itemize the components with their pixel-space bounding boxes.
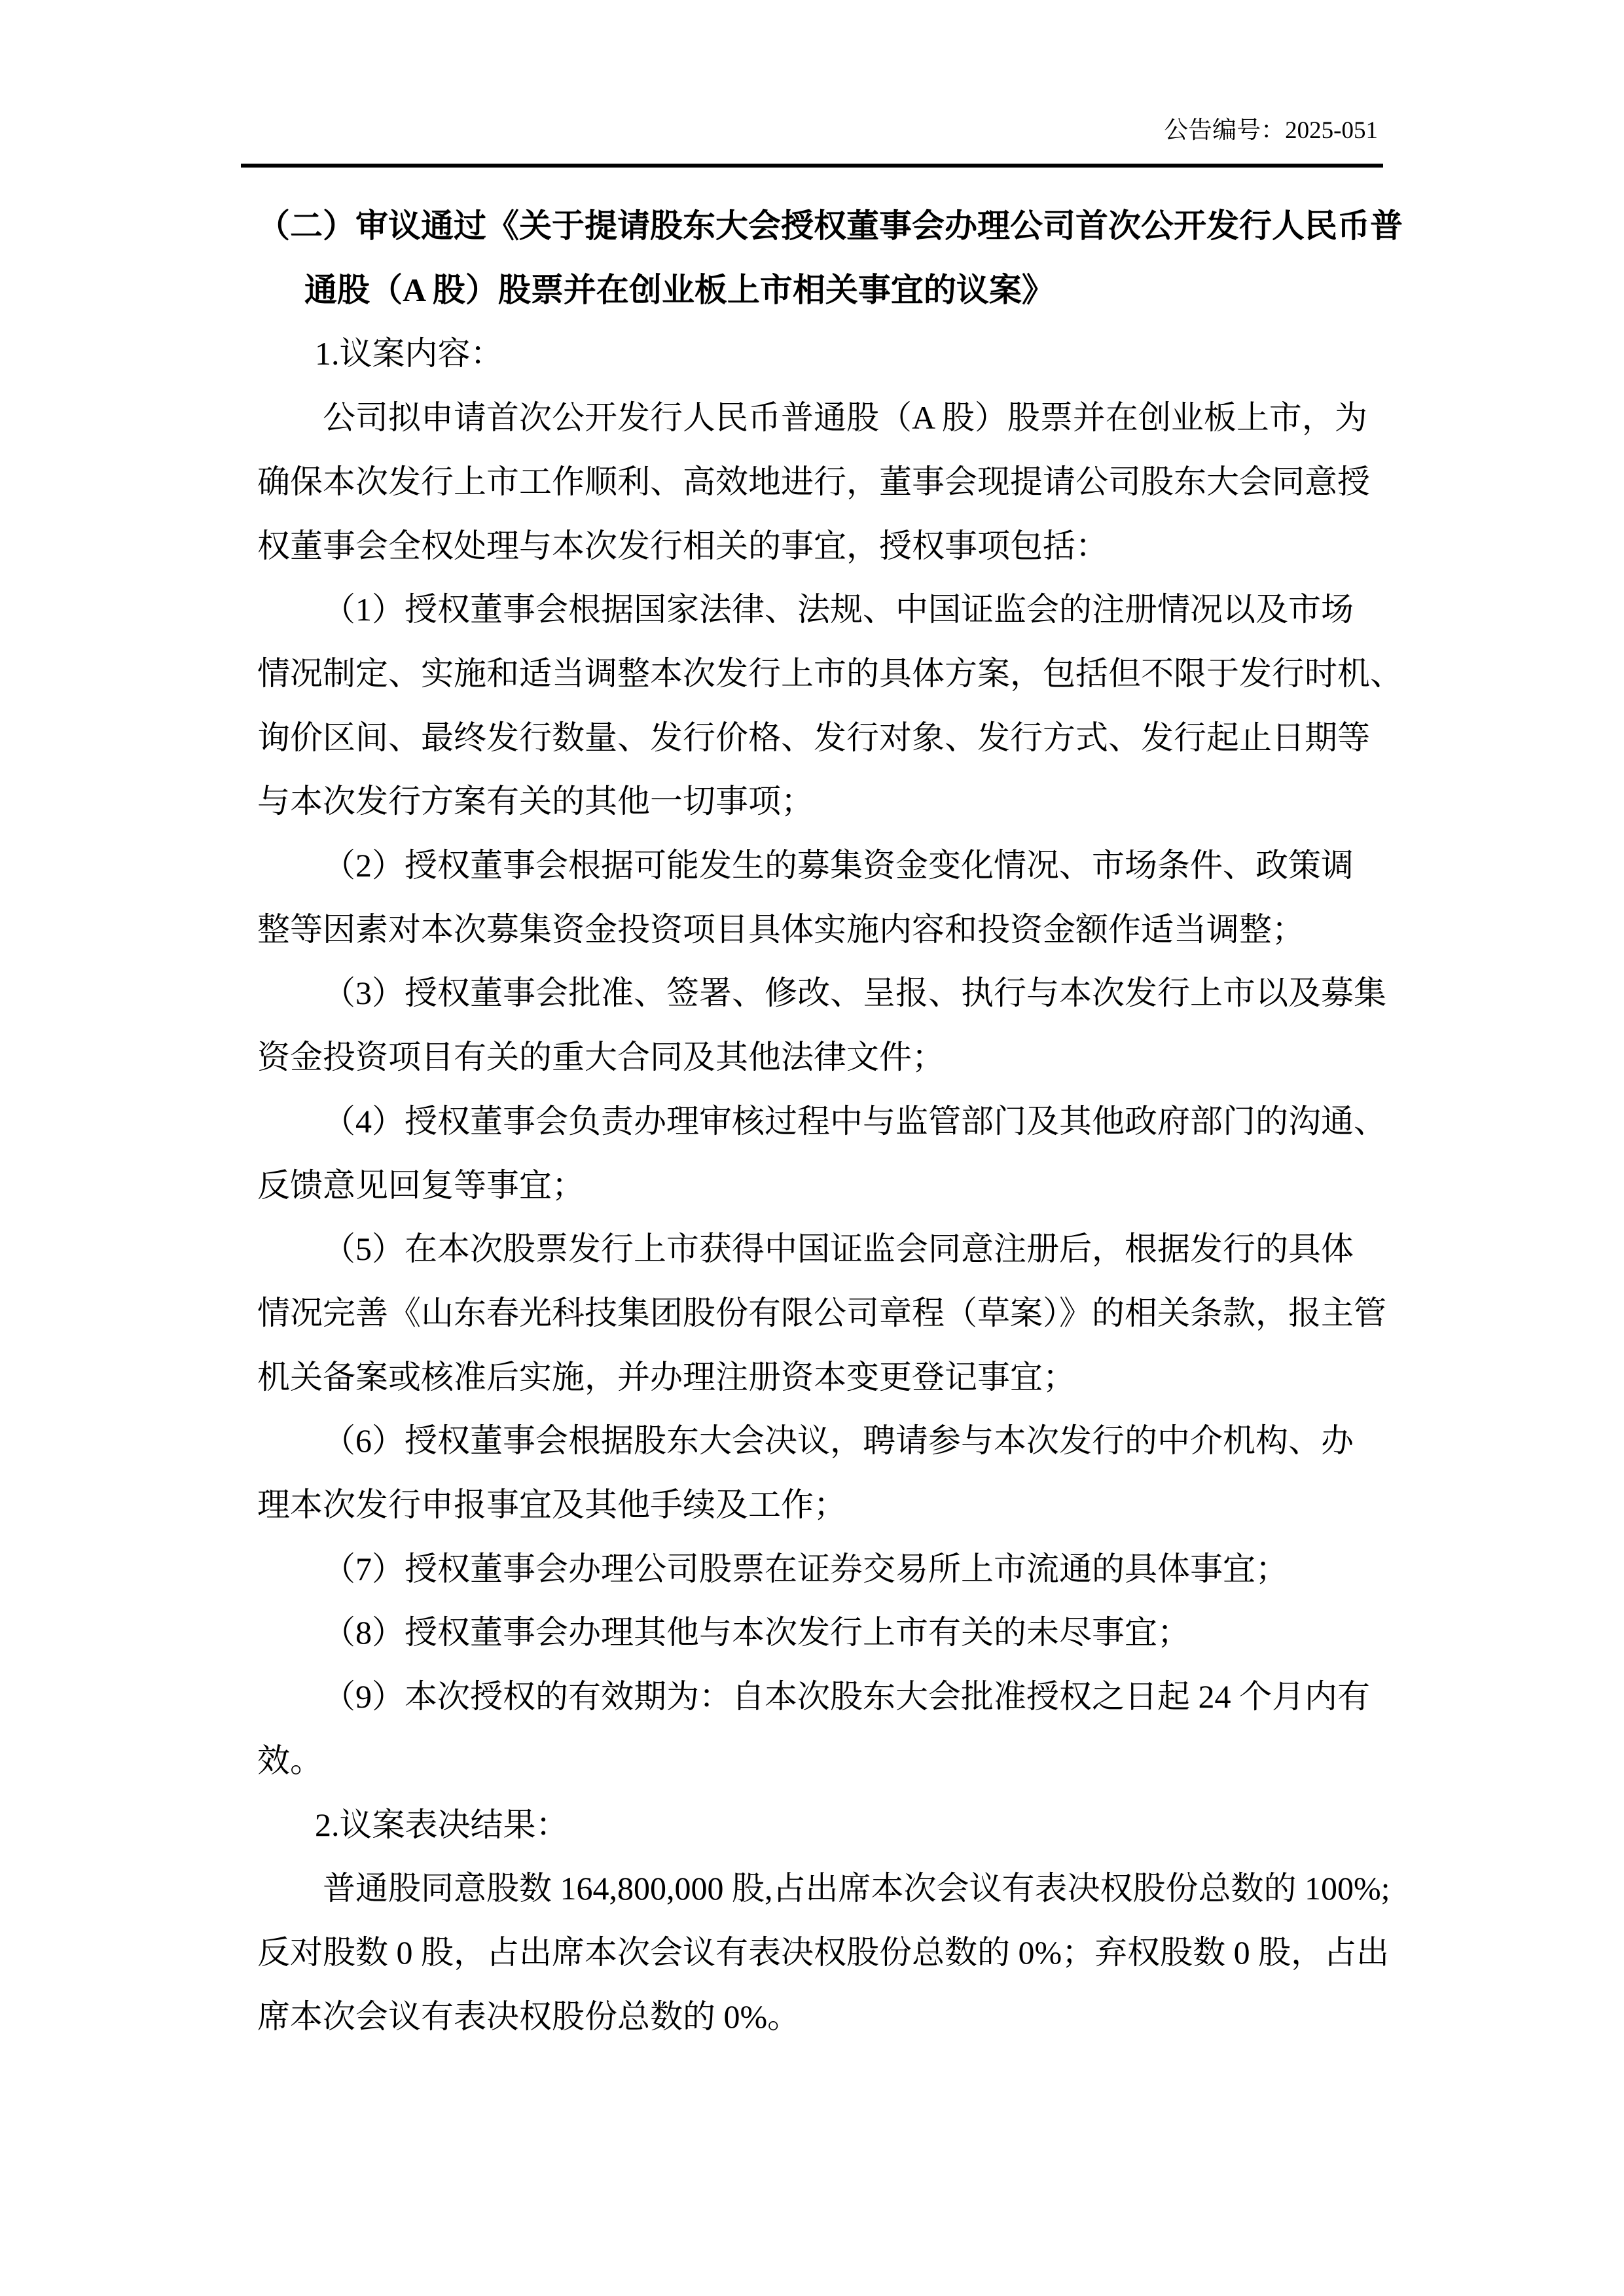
- doc-line: 1.议案内容：: [257, 322, 1388, 386]
- document-page: 公告编号：2025-051 （二）审议通过《关于提请股东大会授权董事会办理公司首…: [0, 0, 1624, 2296]
- doc-line: 整等因素对本次募集资金投资项目具体实施内容和投资金额作适当调整；: [257, 898, 1388, 962]
- doc-line: 询价区间、最终发行数量、发行价格、发行对象、发行方式、发行起止日期等: [257, 706, 1388, 770]
- doc-line: 机关备案或核准后实施，并办理注册资本变更登记事宜；: [257, 1346, 1388, 1410]
- header-rule-divider: [241, 164, 1383, 168]
- doc-line: 理本次发行申报事宜及其他手续及工作；: [257, 1473, 1388, 1537]
- section-heading-line: （二）审议通过《关于提请股东大会授权董事会办理公司首次公开发行人民币普: [257, 194, 1388, 259]
- doc-line: 公司拟申请首次公开发行人民币普通股（A 股）股票并在创业板上市，为: [257, 386, 1388, 450]
- doc-line: 资金投资项目有关的重大合同及其他法律文件；: [257, 1026, 1388, 1090]
- doc-line: 确保本次发行上市工作顺利、高效地进行，董事会现提请公司股东大会同意授: [257, 450, 1388, 514]
- doc-line: （9）本次授权的有效期为：自本次股东大会批准授权之日起 24 个月内有: [257, 1665, 1388, 1729]
- doc-line: （6）授权董事会根据股东大会决议，聘请参与本次发行的中介机构、办: [257, 1409, 1388, 1473]
- doc-line: （1）授权董事会根据国家法律、法规、中国证监会的注册情况以及市场: [257, 578, 1388, 642]
- doc-line: （3）授权董事会批准、签署、修改、呈报、执行与本次发行上市以及募集: [257, 961, 1388, 1026]
- section-heading-line: 通股（A 股）股票并在创业板上市相关事宜的议案》: [257, 259, 1388, 323]
- doc-line: 普通股同意股数 164,800,000 股,占出席本次会议有表决权股份总数的 1…: [257, 1857, 1388, 1921]
- doc-line: 情况制定、实施和适当调整本次发行上市的具体方案，包括但不限于发行时机、: [257, 642, 1388, 706]
- doc-line: （8）授权董事会办理其他与本次发行上市有关的未尽事宜；: [257, 1601, 1388, 1665]
- doc-line: 反对股数 0 股，占出席本次会议有表决权股份总数的 0%；弃权股数 0 股，占出: [257, 1921, 1388, 1985]
- announcement-number: 公告编号：2025-051: [1164, 117, 1378, 145]
- doc-line: 权董事会全权处理与本次发行相关的事宜，授权事项包括：: [257, 514, 1388, 579]
- doc-line: 席本次会议有表决权股份总数的 0%。: [257, 1985, 1388, 2049]
- doc-line: 效。: [257, 1729, 1388, 1793]
- doc-line: 反馈意见回复等事宜；: [257, 1154, 1388, 1218]
- doc-line: （5）在本次股票发行上市获得中国证监会同意注册后，根据发行的具体: [257, 1217, 1388, 1282]
- doc-line: 与本次发行方案有关的其他一切事项；: [257, 770, 1388, 834]
- doc-line: （4）授权董事会负责办理审核过程中与监管部门及其他政府部门的沟通、: [257, 1090, 1388, 1154]
- doc-line: （2）授权董事会根据可能发生的募集资金变化情况、市场条件、政策调: [257, 834, 1388, 898]
- doc-line: 情况完善《山东春光科技集团股份有限公司章程（草案）》的相关条款，报主管: [257, 1282, 1388, 1346]
- doc-line: 2.议案表决结果：: [257, 1793, 1388, 1857]
- doc-line: （7）授权董事会办理公司股票在证券交易所上市流通的具体事宜；: [257, 1537, 1388, 1602]
- document-body: （二）审议通过《关于提请股东大会授权董事会办理公司首次公开发行人民币普 通股（A…: [257, 194, 1388, 2049]
